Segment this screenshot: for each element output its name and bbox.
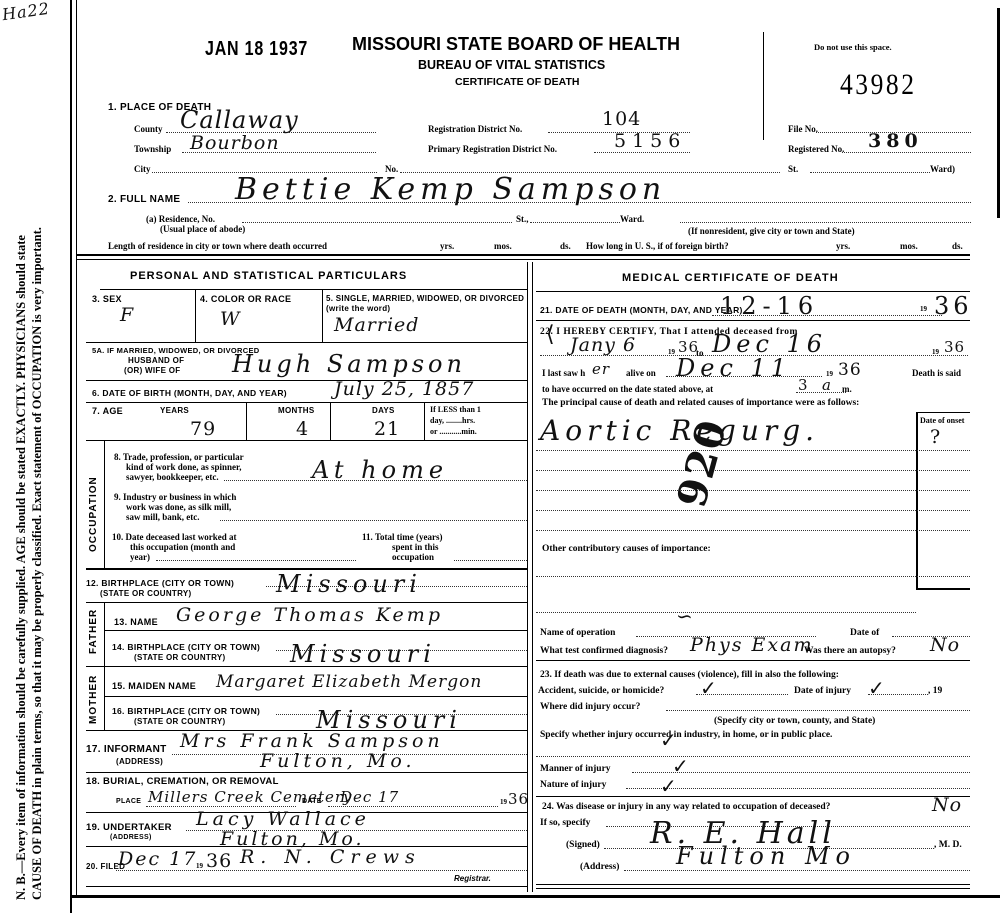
mother-birthplace-label-1: 16. BIRTHPLACE (CITY OR TOWN) xyxy=(112,706,260,716)
age-days-label: DAYS xyxy=(372,406,395,415)
instructions-line-2: CAUSE OF DEATH in plain terms, so that i… xyxy=(30,227,45,900)
right-bottom-rule-2 xyxy=(536,888,970,889)
length-yrs-label: yrs. xyxy=(440,241,454,251)
father-birthplace-value[interactable]: Missouri xyxy=(290,640,436,668)
days-less-divider xyxy=(424,402,425,440)
occupation-block-border xyxy=(104,440,105,570)
trade-label-2: kind of work done, as spinner, xyxy=(126,462,241,472)
father-name-label: 13. NAME xyxy=(114,617,158,627)
foreign-ds-label: ds. xyxy=(952,241,963,251)
personal-title-rule xyxy=(100,289,527,290)
total-time-line xyxy=(454,560,527,561)
received-stamp: JAN 18 1937 xyxy=(205,38,308,61)
filed-year-prefix: 19 xyxy=(196,862,203,870)
sex-label: 3. SEX xyxy=(92,294,122,304)
age-days-value[interactable]: 21 xyxy=(374,418,400,440)
check-mark-operation: ∽ xyxy=(676,604,694,628)
mother-name-rule xyxy=(104,696,527,697)
registered-no-line xyxy=(842,152,971,153)
left-bottom-rule xyxy=(86,886,527,887)
mother-vertical-label: MOTHER xyxy=(88,675,99,724)
state-file-number: 43982 xyxy=(840,68,917,102)
informant-address-label: (ADDRESS) xyxy=(116,757,163,766)
specify-whether-label: Specify whether injury occurred in indus… xyxy=(540,730,832,740)
row-rule-3 xyxy=(86,402,527,403)
township-value[interactable]: Bourbon xyxy=(190,132,280,154)
length-mos-label: mos. xyxy=(494,241,512,251)
signed-label: (Signed) xyxy=(566,840,600,850)
row-rule-6 xyxy=(86,602,527,603)
right-bottom-rule xyxy=(536,884,970,885)
full-name-value[interactable]: Bettie Kemp Sampson xyxy=(235,172,666,207)
other-line-1 xyxy=(536,576,970,577)
other-line-2 xyxy=(536,612,916,613)
alive-on-label: alive on xyxy=(626,368,656,378)
burial-date-label: DATE xyxy=(302,798,322,805)
occupation-related-value[interactable]: No xyxy=(932,794,962,816)
address-label: (Address) xyxy=(580,862,619,872)
burial-year-value[interactable]: 36 xyxy=(508,790,529,808)
bureau-subtitle: BUREAU OF VITAL STATISTICS xyxy=(418,58,605,72)
spouse-label-2: HUSBAND OF xyxy=(128,356,184,365)
specify-whether-line xyxy=(536,756,970,757)
last-saw-pronoun[interactable]: er xyxy=(592,360,610,378)
informant-label: 17. INFORMANT xyxy=(86,744,167,755)
form-name: CERTIFICATE OF DEATH xyxy=(455,76,579,88)
full-name-label: 2. FULL NAME xyxy=(108,194,180,205)
father-block-border xyxy=(104,602,105,666)
total-time-label-1: 11. Total time (years) xyxy=(362,532,443,542)
mother-name-value[interactable]: Margaret Elizabeth Mergon xyxy=(216,672,482,692)
months-days-divider xyxy=(330,402,331,440)
township-label: Township xyxy=(134,144,171,154)
column-divider-right xyxy=(532,262,533,892)
last-saw-label: I last saw h xyxy=(542,368,585,378)
county-label: County xyxy=(134,124,163,134)
check-mark-nature: ✓ xyxy=(660,774,678,798)
time-line xyxy=(796,392,846,393)
race-value[interactable]: W xyxy=(220,308,241,330)
residence-label: (a) Residence, No. xyxy=(146,214,215,224)
attended-from-year-prefix: 19 xyxy=(668,348,675,356)
birthplace-label-2: (STATE OR COUNTRY) xyxy=(100,589,191,598)
header-separator-thin xyxy=(76,259,970,260)
father-name-value[interactable]: George Thomas Kemp xyxy=(176,604,443,626)
father-name-rule xyxy=(104,630,527,631)
medical-rule-2 xyxy=(536,796,970,797)
residence-ward-label: Ward. xyxy=(620,214,644,224)
occurred-label: to have occurred on the date stated abov… xyxy=(542,384,713,394)
race-marital-divider xyxy=(322,290,323,342)
cause-line-4 xyxy=(536,510,970,511)
mother-block-border xyxy=(104,666,105,730)
onset-column-border xyxy=(916,412,918,588)
dod-year-value[interactable]: 36 xyxy=(934,292,973,320)
age-months-value[interactable]: 4 xyxy=(296,418,309,440)
dod-rule xyxy=(536,320,970,321)
age-label: 7. AGE xyxy=(92,406,123,416)
foreign-yrs-label: yrs. xyxy=(836,241,850,251)
burial-place-line xyxy=(146,806,296,807)
medical-rule-1 xyxy=(536,660,970,661)
years-months-divider xyxy=(246,402,247,440)
file-no-label: File No. xyxy=(788,124,818,134)
dod-label: 21. DATE OF DEATH (MONTH, DAY, AND YEAR) xyxy=(540,305,743,315)
last-worked-label-1: 10. Date deceased last worked at xyxy=(112,532,236,542)
age-months-label: MONTHS xyxy=(278,406,314,415)
father-vertical-label: FATHER xyxy=(88,609,99,654)
foreign-mos-label: mos. xyxy=(900,241,918,251)
nonresident-note: (If nonresident, give city or town and S… xyxy=(688,226,855,236)
marital-value[interactable]: Married xyxy=(334,314,419,336)
row-rule-9 xyxy=(86,772,527,773)
primary-reg-label: Primary Registration District No. xyxy=(428,144,557,154)
onset-value[interactable]: ? xyxy=(930,426,941,448)
check-mark-certify: ⟨ xyxy=(546,322,556,347)
trade-value[interactable]: At home xyxy=(312,456,448,484)
trade-label-3: sawyer, bookkeeper, etc. xyxy=(126,472,219,482)
burial-year-prefix: 19 xyxy=(500,798,507,806)
occupation-related-label: 24. Was disease or injury in any way rel… xyxy=(542,802,830,812)
burial-date-value[interactable]: Dec 17 xyxy=(340,788,399,806)
attended-from-value[interactable]: Jany 6 xyxy=(570,334,636,356)
onset-column-top xyxy=(916,412,970,413)
cause-label: The principal cause of death and related… xyxy=(542,398,859,408)
header-divider xyxy=(763,32,764,140)
father-birthplace-label-1: 14. BIRTHPLACE (CITY OR TOWN) xyxy=(112,642,260,652)
ampm-value[interactable]: a xyxy=(822,376,832,394)
residence-ward-line xyxy=(530,222,620,223)
nonresident-line xyxy=(680,222,971,223)
industry-label-2: work was done, as silk mill, xyxy=(126,502,231,512)
test-label: What test confirmed diagnosis? xyxy=(540,646,668,656)
frame-left-outer xyxy=(70,0,72,913)
nature-label: Nature of injury xyxy=(540,780,606,790)
less-than-day-1: If LESS than 1 xyxy=(430,405,481,414)
address-line xyxy=(624,870,970,871)
where-injury-label: Where did injury occur? xyxy=(540,702,640,712)
physician-address[interactable]: Fulton Mo xyxy=(676,842,856,870)
spouse-value[interactable]: Hugh Sampson xyxy=(232,350,466,378)
header-separator xyxy=(76,254,970,256)
primary-reg-line xyxy=(594,152,690,153)
reg-district-label: Registration District No. xyxy=(428,124,522,134)
city-ward-label: Ward) xyxy=(930,164,955,174)
manner-label: Manner of injury xyxy=(540,764,611,774)
age-years-label: YEARS xyxy=(160,406,189,415)
check-mark-where: ✓ xyxy=(660,728,678,752)
mother-birthplace-label-2: (STATE OR COUNTRY) xyxy=(134,717,225,726)
death-said-label: Death is said xyxy=(912,368,961,378)
filed-date-value[interactable]: Dec 17 xyxy=(118,848,197,870)
attended-to-year-prefix: 19 xyxy=(932,348,939,356)
external-causes-label: 23. If death was due to external causes … xyxy=(540,670,839,680)
length-residence-label: Length of residence in city or town wher… xyxy=(108,241,327,251)
last-worked-label-2: this occupation (month and xyxy=(130,542,235,552)
medical-section-title: MEDICAL CERTIFICATE OF DEATH xyxy=(622,272,839,284)
autopsy-value[interactable]: No xyxy=(930,634,960,656)
sex-value[interactable]: F xyxy=(120,304,134,326)
city-label: City xyxy=(134,164,151,174)
county-value[interactable]: Callaway xyxy=(180,106,299,134)
burial-date-line xyxy=(328,806,498,807)
cause-line-5 xyxy=(536,530,970,531)
operation-label: Name of operation xyxy=(540,628,615,638)
where-injury-line xyxy=(666,710,970,711)
last-saw-date[interactable]: Dec 11 xyxy=(676,354,791,382)
primary-reg-value[interactable]: 5156 xyxy=(614,130,686,152)
last-worked-label-3: year) xyxy=(130,552,150,562)
city-st-label: St. xyxy=(788,164,798,174)
mother-name-label: 15. MAIDEN NAME xyxy=(112,681,196,691)
reg-district-value[interactable]: 104 xyxy=(602,108,641,130)
specify-place-note: (Specify city or town, county, and State… xyxy=(714,716,875,726)
row-rule-7 xyxy=(86,666,527,667)
md-label: , M. D. xyxy=(934,840,962,850)
dob-value[interactable]: July 25, 1857 xyxy=(334,378,474,400)
office-use-label: Do not use this space. xyxy=(814,42,892,52)
dob-label: 6. DATE OF BIRTH (MONTH, DAY, AND YEAR) xyxy=(92,388,287,398)
length-ds-label: ds. xyxy=(560,241,571,251)
industry-label-1: 9. Industry or business in which xyxy=(114,492,236,502)
autopsy-label: Was there an autopsy? xyxy=(804,646,896,656)
onset-column-bottom xyxy=(916,588,970,590)
personal-section-title: PERSONAL AND STATISTICAL PARTICULARS xyxy=(130,270,407,282)
less-than-day-3: or ...........min. xyxy=(430,427,477,436)
industry-label-3: saw mill, bank, etc. xyxy=(126,512,200,522)
frame-bottom xyxy=(70,895,1000,898)
total-time-label-2: spent in this xyxy=(392,542,439,552)
attended-to-year[interactable]: 36 xyxy=(944,338,965,356)
if-so-label: If so, specify xyxy=(540,818,590,828)
residence-st-label: St., xyxy=(516,214,529,224)
cause-line-3 xyxy=(536,490,970,491)
less-than-day-2: day, ........hrs. xyxy=(430,416,475,425)
cause-line-1 xyxy=(536,450,970,451)
accident-label: Accident, suicide, or homicide? xyxy=(538,686,664,696)
residence-line xyxy=(242,222,512,223)
informant-value[interactable]: Mrs Frank Sampson xyxy=(180,730,444,752)
cause-line-2 xyxy=(536,470,970,471)
test-value[interactable]: Phys Exam xyxy=(690,634,813,656)
filed-line xyxy=(116,870,527,871)
trade-label-1: 8. Trade, profession, or particular xyxy=(114,452,244,462)
informant-address-value[interactable]: Fulton, Mo. xyxy=(260,750,416,772)
registered-no-label: Registered No. xyxy=(788,144,844,154)
burial-label: 18. BURIAL, CREMATION, OR REMOVAL xyxy=(86,776,279,787)
check-mark-injury-date: ✓ xyxy=(868,676,886,700)
instructions-line-1: N. B.—Every item of information should b… xyxy=(14,235,29,900)
corner-note: Ha22 xyxy=(1,0,51,24)
onset-label: Date of onset xyxy=(920,416,964,425)
row-rule-4 xyxy=(86,440,527,441)
city-ward-line xyxy=(810,172,930,173)
registrar-signature[interactable]: R. N. Crews xyxy=(240,846,421,868)
undertaker-address-label: (ADDRESS) xyxy=(110,834,152,841)
injury-year-prefix: , 19 xyxy=(928,686,942,696)
sex-race-divider xyxy=(195,290,196,342)
occupation-vertical-label: OCCUPATION xyxy=(88,476,99,552)
frame-left-inner xyxy=(76,0,77,895)
race-label: 4. COLOR OR RACE xyxy=(200,294,291,304)
other-causes-label: Other contributory causes of importance: xyxy=(542,544,711,554)
cause-value[interactable]: Aortic Regurg. xyxy=(540,414,819,447)
birthplace-label-1: 12. BIRTHPLACE (CITY OR TOWN) xyxy=(86,578,234,588)
filed-year-value[interactable]: 36 xyxy=(206,850,232,872)
burial-place-label: PLACE xyxy=(116,798,141,805)
row-rule-1 xyxy=(86,342,527,343)
undertaker-value[interactable]: Lacy Wallace xyxy=(196,808,370,830)
total-time-label-3: occupation xyxy=(392,552,434,562)
residence-sub: (Usual place of abode) xyxy=(160,224,245,234)
marital-label: 5. SINGLE, MARRIED, WIDOWED, OR DIVORCED… xyxy=(326,294,526,314)
spouse-label-3: (OR) WIFE OF xyxy=(124,366,180,375)
last-saw-year[interactable]: 36 xyxy=(838,360,862,380)
dod-value[interactable]: 12-16 xyxy=(720,292,819,320)
registered-no-value[interactable]: 380 xyxy=(868,130,923,152)
age-years-value[interactable]: 79 xyxy=(190,418,216,440)
dod-year-prefix: 19 xyxy=(920,305,927,313)
undertaker-label: 19. UNDERTAKER xyxy=(86,822,172,833)
industry-line xyxy=(220,520,527,521)
document-title: MISSOURI STATE BOARD OF HEALTH xyxy=(352,34,680,55)
date-of-label: Date of xyxy=(850,628,879,638)
father-birthplace-label-2: (STATE OR COUNTRY) xyxy=(134,653,225,662)
birthplace-value[interactable]: Missouri xyxy=(276,570,422,598)
registrar-label: Registrar. xyxy=(454,874,491,883)
foreign-birth-label: How long in U. S., if of foreign birth? xyxy=(586,241,729,251)
check-mark-accident: ✓ xyxy=(700,676,718,700)
injury-date-label: Date of injury xyxy=(794,686,851,696)
last-worked-line xyxy=(156,560,356,561)
m-label: m. xyxy=(842,384,852,394)
